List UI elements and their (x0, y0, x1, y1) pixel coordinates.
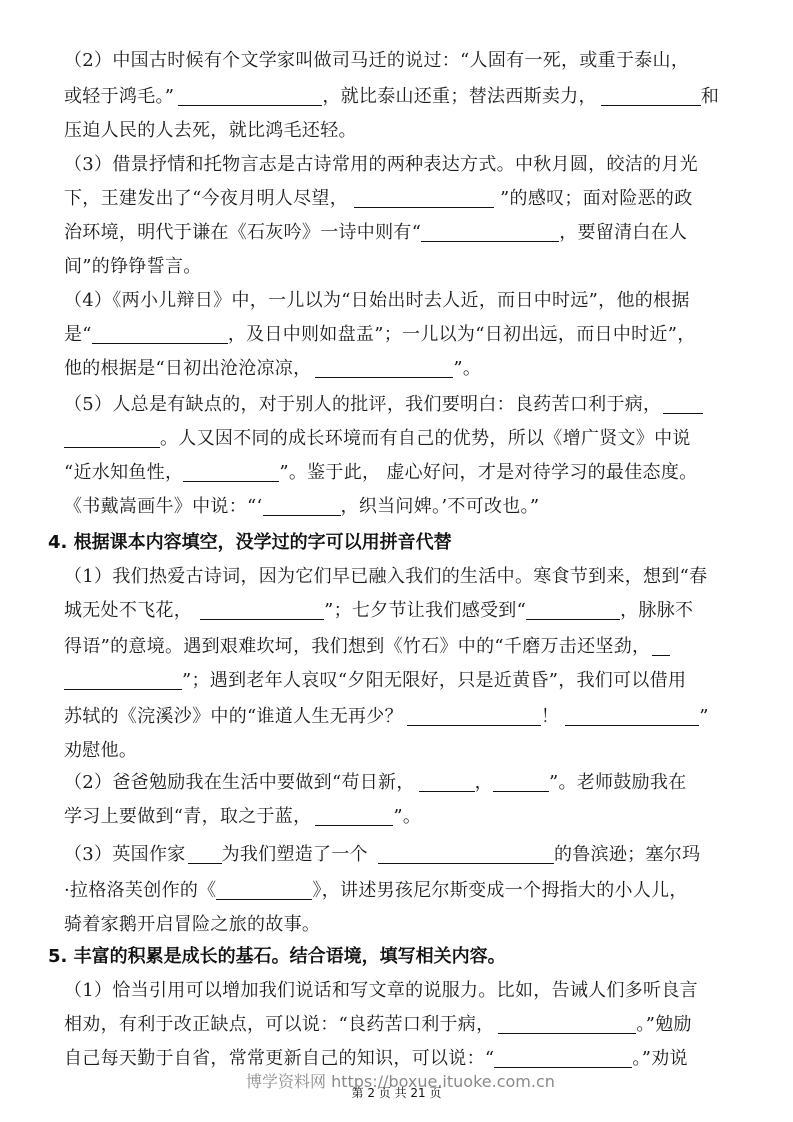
text: （1）我们热爱古诗词，因为它们早已融入我们的生活中。寒食节到来，想到“春 (64, 566, 707, 587)
question-4-heading: 4. 根据课本内容填空，没学过的字可以用拼音代替 (48, 528, 452, 558)
text: 。”劝说 (632, 1048, 687, 1069)
text: ，就比泰山还重；替法西斯卖力， (322, 86, 597, 107)
text: （5）人总是有缺点的，对于别人的批评，我们要明白：良药苦口利于病， (64, 394, 661, 415)
text: ， (475, 772, 493, 793)
q3-item2-line2: 或轻于鸿毛。”，就比泰山还重；替法西斯卖力，和 (64, 80, 744, 114)
text: 压迫人民的人去死，就比鸿毛还轻。 (64, 120, 357, 141)
text: ，织当问婢。’不可改也。” (341, 496, 540, 517)
q4-item1-line3: 得语”的意境。遇到艰难坎坷，我们想到《竹石》中的“千磨万击还坚劲， (64, 630, 744, 664)
text: 苏轼的《浣溪沙》中的“谁道人生无再少？ (64, 706, 403, 727)
text: 。”勉励 (636, 1014, 691, 1035)
text: 。人又因不同的成长环境而有自己的优势，所以《增广贤文》中说 (160, 428, 691, 449)
q3-item4-line2: 是“，及日中则如盘盂”；一儿以为“日初出远，而日中时近”， (64, 318, 744, 352)
q4-item1-line2: 城无处不飞花，”；七夕节让我们感受到“，脉脉不 (64, 594, 744, 628)
answer-blank[interactable] (315, 803, 393, 826)
answer-blank[interactable] (493, 769, 549, 792)
answer-blank[interactable] (92, 321, 228, 344)
text: 为我们塑造了一个 (222, 844, 368, 865)
q3-item4-line1: （4）《两小儿辩日》中，一儿以为“日始出时去人近，而日中时远”，他的根据 (64, 284, 744, 318)
answer-blank[interactable] (498, 1011, 636, 1034)
text: 劝慰他。 (64, 740, 137, 761)
text: 学习上要做到“青，取之于蓝， (64, 806, 311, 827)
answer-blank[interactable] (200, 597, 324, 620)
text: 骑着家鹅开启冒险之旅的故事。 (64, 914, 320, 935)
text: 和 (701, 86, 719, 107)
text: ” (699, 706, 709, 727)
answer-blank[interactable] (263, 493, 341, 516)
answer-blank[interactable] (188, 841, 222, 864)
text: 《书戴嵩画牛》中说：“‘ (64, 496, 263, 517)
q4-item2-line1: （2）爸爸勉励我在生活中要做到“苟日新，，”。老师鼓励我在 (64, 766, 744, 800)
answer-blank[interactable] (315, 355, 453, 378)
text: 下，王建发出了“今夜月明人尽望， (64, 188, 348, 209)
q3-item5-line2: 。人又因不同的成长环境而有自己的优势，所以《增广贤文》中说 (64, 422, 744, 456)
text: ”。 (393, 806, 421, 827)
text: 城无处不飞花， (64, 600, 192, 621)
text: 间”的铮铮誓言。 (64, 256, 202, 277)
q3-item5-line4: 《书戴嵩画牛》中说：“‘，织当问婢。’不可改也。” (64, 490, 744, 524)
text: （2）爸爸勉励我在生活中要做到“苟日新， (64, 772, 415, 793)
answer-blank[interactable] (419, 769, 475, 792)
q4-item1-line5: 苏轼的《浣溪沙》中的“谁道人生无再少？！” (64, 700, 744, 734)
text: 的鲁滨逊；塞尔玛 (554, 844, 700, 865)
q3-item4-line3: 他的根据是“日初出沧沧凉凉，”。 (64, 352, 744, 386)
text: 得语”的意境。遇到艰难坎坷，我们想到《竹石》中的“千磨万击还坚劲， (64, 636, 650, 657)
answer-blank[interactable] (494, 1045, 632, 1068)
q3-item2-line1: （2）中国古时候有个文学家叫做司马迁的说过：“人固有一死，或重于泰山， (64, 44, 744, 78)
q3-item3-line3: 治环境，明代于谦在《石灰吟》一诗中则有“，要留清白在人 (64, 216, 744, 250)
answer-blank[interactable] (421, 219, 559, 242)
q4-item3-line1: （3）英国作家为我们塑造了一个的鲁滨逊；塞尔玛 (64, 838, 744, 872)
q3-item2-line3: 压迫人民的人去死，就比鸿毛还轻。 (64, 114, 744, 148)
text: ，及日中则如盘盂”；一儿以为“日初出远，而日中时近”， (228, 324, 696, 345)
text: 或轻于鸿毛。” (64, 86, 174, 107)
q4-item3-line3: 骑着家鹅开启冒险之旅的故事。 (64, 908, 744, 942)
text: （3）英国作家 (64, 844, 186, 865)
text: ”；遇到老年人哀叹“夕阳无限好，只是近黄昏”，我们可以借用 (182, 670, 686, 691)
answer-blank[interactable] (178, 83, 322, 106)
q4-item3-line2: ·拉格洛芙创作的《》，讲述男孩尼尔斯变成一个拇指大的小人儿， (64, 874, 744, 908)
text: ”。老师鼓励我在 (549, 772, 687, 793)
text: ”。鉴于此， 虚心好问，才是对待学习的最佳态度。 (279, 462, 697, 483)
text: 治环境，明代于谦在《石灰吟》一诗中则有“ (64, 222, 421, 243)
q4-item1-line4: ”；遇到老年人哀叹“夕阳无限好，只是近黄昏”，我们可以借用 (64, 664, 744, 698)
q5-item1-line1: （1）恰当引用可以增加我们说话和写文章的说服力。比如，告诫人们多听良言 (64, 974, 744, 1008)
text: ”的感叹；面对险恶的政 (500, 188, 693, 209)
q4-item2-line2: 学习上要做到“青，取之于蓝，”。 (64, 800, 744, 834)
answer-blank[interactable] (378, 841, 554, 864)
text: （4）《两小儿辩日》中，一儿以为“日始出时去人近，而日中时远”，他的根据 (64, 290, 690, 311)
text: “近水知鱼性， (64, 462, 183, 483)
answer-blank[interactable] (183, 459, 279, 482)
answer-blank[interactable] (354, 185, 494, 208)
q4-item1-line6: 劝慰他。 (64, 734, 744, 768)
q5-item1-line2: 相劝，有利于改正缺点，可以说：“良药苦口利于病，。”勉励 (64, 1008, 744, 1042)
answer-blank[interactable] (663, 391, 703, 414)
answer-blank[interactable] (601, 83, 701, 106)
question-5-heading: 5. 丰富的积累是成长的基石。结合语境，填写相关内容。 (48, 942, 506, 972)
q3-item3-line4: 间”的铮铮誓言。 (64, 250, 744, 284)
text: 他的根据是“日初出沧沧凉凉， (64, 358, 311, 379)
answer-blank[interactable] (565, 703, 699, 726)
text: 自己每天勤于自省，常常更新自己的知识，可以说：“ (64, 1048, 494, 1069)
text: ·拉格洛芙创作的《 (64, 880, 216, 901)
text: （1）恰当引用可以增加我们说话和写文章的说服力。比如，告诫人们多听良言 (64, 980, 698, 1001)
answer-blank[interactable] (216, 877, 312, 900)
text: ，要留清白在人 (559, 222, 687, 243)
q4-item1-line1: （1）我们热爱古诗词，因为它们早已融入我们的生活中。寒食节到来，想到“春 (64, 560, 744, 594)
text: ”。 (453, 358, 481, 379)
text: 》，讲述男孩尼尔斯变成一个拇指大的小人儿， (312, 880, 687, 901)
answer-blank[interactable] (407, 703, 541, 726)
q3-item5-line1: （5）人总是有缺点的，对于别人的批评，我们要明白：良药苦口利于病， (64, 388, 744, 422)
answer-blank[interactable] (526, 597, 620, 620)
text: ，脉脉不 (620, 600, 693, 621)
q3-item5-line3: “近水知鱼性，”。鉴于此， 虚心好问，才是对待学习的最佳态度。 (64, 456, 744, 490)
text: 是“ (64, 324, 92, 345)
q3-item3-line1: （3）借景抒情和托物言志是古诗常用的两种表达方式。中秋月圆，皎洁的月光 (64, 148, 744, 182)
text: 相劝，有利于改正缺点，可以说：“良药苦口利于病， (64, 1014, 494, 1035)
text: ！ (541, 706, 559, 727)
answer-blank[interactable] (652, 633, 670, 656)
text: （2）中国古时候有个文学家叫做司马迁的说过：“人固有一死，或重于泰山， (64, 50, 689, 71)
q3-item3-line2: 下，王建发出了“今夜月明人尽望，”的感叹；面对险恶的政 (64, 182, 744, 216)
answer-blank[interactable] (64, 425, 160, 448)
page-number: 第 2 页 共 21 页 (0, 1084, 793, 1101)
answer-blank[interactable] (64, 667, 182, 690)
text: ”；七夕节让我们感受到“ (324, 600, 526, 621)
text: （3）借景抒情和托物言志是古诗常用的两种表达方式。中秋月圆，皎洁的月光 (64, 154, 698, 175)
